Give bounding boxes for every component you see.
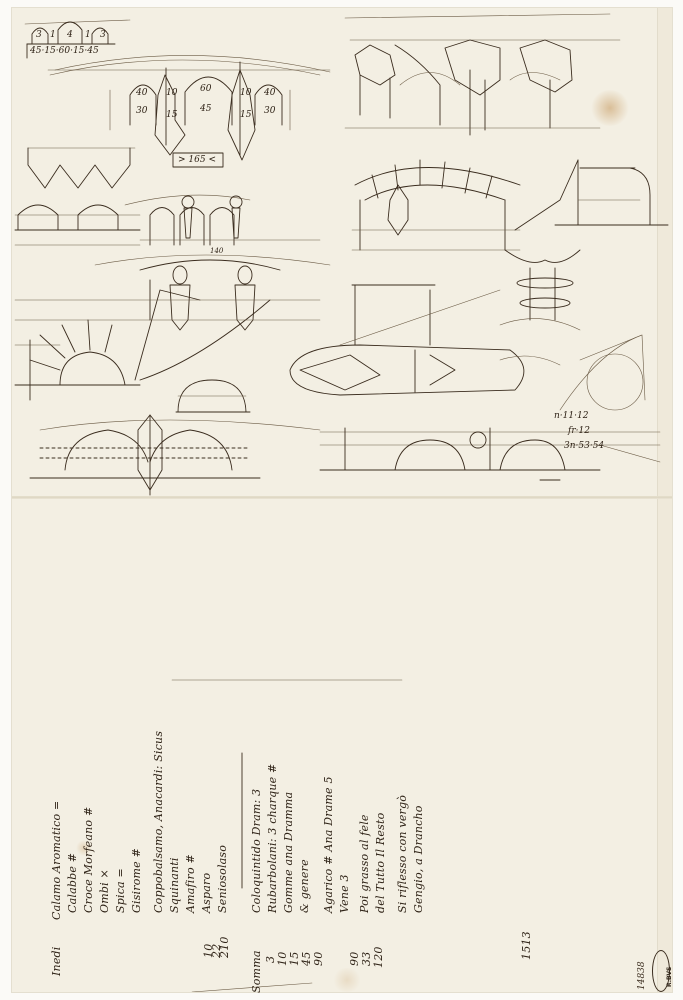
central-vault-elevation — [48, 55, 330, 167]
fraction-value: 210 — [218, 936, 231, 958]
collection-stamp: R.BVS — [652, 950, 670, 992]
dimension-label: 30 — [136, 106, 147, 116]
stamp-text: R.BVS — [666, 967, 673, 987]
section-sketch — [515, 160, 668, 230]
pier-vault-sketch — [345, 14, 620, 135]
list-item: Rubarbolani: 3 charque # — [266, 764, 279, 913]
list-item: Squinanti — [168, 857, 181, 913]
list-item: del Tutto Il Resto — [374, 813, 387, 913]
list-item: Croce Morfeano # — [82, 807, 95, 913]
manuscript-sheet: 3 1 4 1 3 45·15·60·15·45 40 30 10 15 60 … — [12, 8, 672, 992]
circle-construction-sketch — [560, 335, 645, 410]
list-item: Spica = — [114, 868, 127, 913]
dimension-label: 10 — [166, 88, 177, 98]
list-item: Si riflesso con vergò — [396, 795, 409, 913]
list-item: Vene 3 — [338, 874, 351, 913]
bridge-elevation-right — [320, 428, 660, 480]
list-item: Ombi × — [98, 869, 111, 913]
architectural-sketches — [12, 8, 672, 992]
dimension-label: 15 — [166, 110, 177, 120]
dimension-label: 15 — [240, 110, 251, 120]
sum-value: 90 — [312, 952, 325, 966]
arcade-row-sketch — [15, 195, 320, 245]
list-item: Coloquintido Dram: 3 — [250, 789, 263, 913]
vault-with-figures-sketch — [15, 255, 330, 380]
dimension-label: 10 — [240, 88, 251, 98]
dimension-line: 45·15·60·15·45 — [30, 46, 99, 56]
small-label: 140 — [210, 247, 223, 255]
list-item: Calamo Aromatico = — [50, 801, 63, 920]
list-item: Asparo — [200, 873, 213, 913]
list-item: Gisirome # — [130, 848, 143, 913]
bracket-sketch — [500, 250, 580, 330]
voussoir-arch-sketch — [352, 160, 520, 250]
inventory-number: 14838 — [637, 961, 647, 990]
list-item: Seniosolaso — [216, 845, 229, 913]
arch-label: 3 — [100, 30, 106, 40]
dome-sketch — [176, 380, 250, 412]
dimension-label: 45 — [200, 104, 211, 114]
note-line: 3n·53·54 — [564, 441, 604, 451]
dimension-label: 60 — [200, 84, 211, 94]
vault-perspective-sketch — [290, 285, 560, 395]
arch-label: 1 — [50, 30, 56, 40]
list-item: Gengio, a Drancho — [412, 805, 425, 913]
base-dimension-label: > 165 < — [178, 155, 216, 165]
dimension-label: 30 — [264, 106, 275, 116]
arch-label: 3 — [36, 30, 42, 40]
list-item: Amafiro # — [184, 854, 197, 913]
list-item: Agarico # Ana Drame 5 — [322, 776, 335, 913]
dimension-label: 40 — [136, 88, 147, 98]
sum-label: Somma — [250, 950, 263, 993]
margin-mark: 1513 — [520, 931, 533, 960]
list-item: Poi grasso al fele — [358, 814, 371, 913]
list-item: Coppobalsamo, Anacardi: Sicus — [152, 731, 165, 913]
pendentive-sketch — [28, 148, 135, 188]
list-item: Gomme ana Dramma — [282, 792, 295, 913]
list-heading: Inedi — [50, 947, 63, 977]
radiating-arch-sketch — [15, 320, 140, 400]
arch-label: 1 — [85, 30, 91, 40]
bridge-elevation-left — [30, 415, 320, 495]
result-value: 120 — [372, 946, 385, 968]
list-item: & genere — [298, 859, 311, 913]
note-line: fr·12 — [568, 426, 590, 436]
arch-label: 4 — [67, 30, 73, 40]
note-line: n·11·12 — [554, 411, 588, 421]
dimension-label: 40 — [264, 88, 275, 98]
list-item: Calabbe # — [66, 853, 79, 913]
